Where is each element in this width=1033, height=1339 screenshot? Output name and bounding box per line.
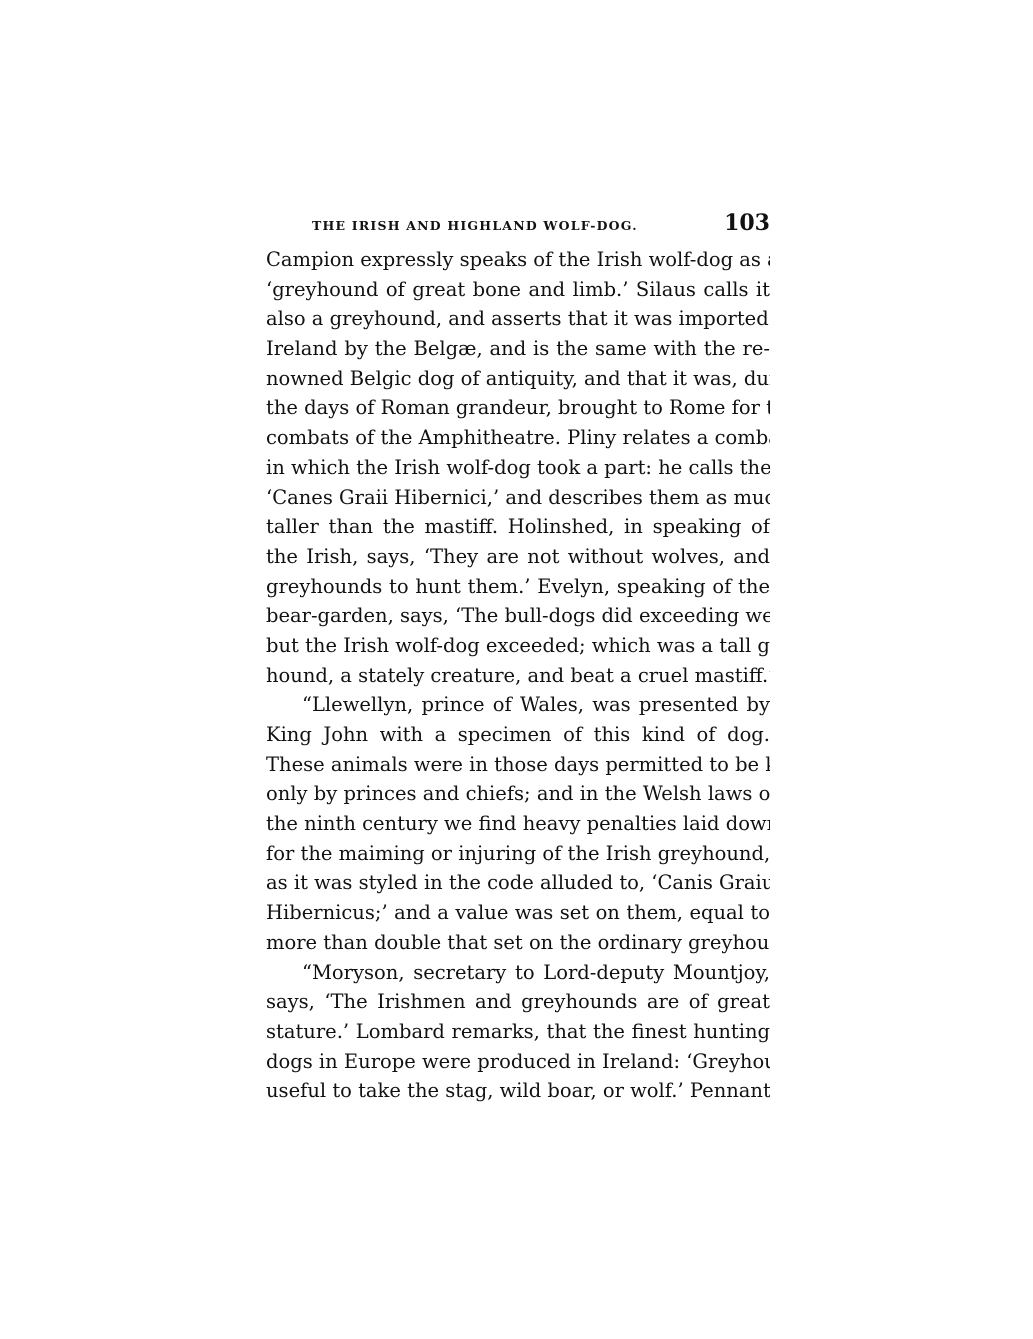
text-line: taller than the mastiff. Holinshed, in s… xyxy=(266,512,770,542)
text-line: but the Irish wolf-dog exceeded; which w… xyxy=(266,631,770,661)
book-page: THE IRISH AND HIGHLAND WOLF-DOG. 103 Cam… xyxy=(266,0,770,1339)
text-line: in which the Irish wolf-dog took a part:… xyxy=(266,453,770,483)
text-line: useful to take the stag, wild boar, or w… xyxy=(266,1076,770,1106)
paragraph-start-line: “Moryson, secretary to Lord-deputy Mount… xyxy=(266,958,770,988)
text-line: Ireland by the Belgæ, and is the same wi… xyxy=(266,334,770,364)
text-line: combats of the Amphitheatre. Pliny relat… xyxy=(266,423,770,453)
text-line: the Irish, says, ‘They are not without w… xyxy=(266,542,770,572)
text-line: dogs in Europe were produced in Ireland:… xyxy=(266,1047,770,1077)
text-line: as it was styled in the code alluded to,… xyxy=(266,868,770,898)
text-line: stature.’ Lombard remarks, that the fine… xyxy=(266,1017,770,1047)
text-line: the days of Roman grandeur, brought to R… xyxy=(266,393,770,423)
text-line: Campion expressly speaks of the Irish wo… xyxy=(266,245,770,275)
text-line: ‘Canes Graii Hibernici,’ and describes t… xyxy=(266,483,770,513)
text-line: nowned Belgic dog of antiquity, and that… xyxy=(266,364,770,394)
text-line: ‘greyhound of great bone and limb.’ Sila… xyxy=(266,275,770,305)
running-title: THE IRISH AND HIGHLAND WOLF-DOG. xyxy=(312,218,638,233)
text-line: for the maiming or injuring of the Irish… xyxy=(266,839,770,869)
text-line: These animals were in those days permitt… xyxy=(266,750,770,780)
text-line: King John with a specimen of this kind o… xyxy=(266,720,770,750)
text-line: bear-garden, says, ‘The bull-dogs did ex… xyxy=(266,601,770,631)
text-line: Hibernicus;’ and a value was set on them… xyxy=(266,898,770,928)
running-head: THE IRISH AND HIGHLAND WOLF-DOG. 103 xyxy=(312,210,770,236)
paragraph-end-line: hound, a stately creature, and beat a cr… xyxy=(266,661,770,691)
body-text: Campion expressly speaks of the Irish wo… xyxy=(266,245,770,1106)
paragraph-start-line: “Llewellyn, prince of Wales, was present… xyxy=(266,690,770,720)
text-line: greyhounds to hunt them.’ Evelyn, speaki… xyxy=(266,572,770,602)
text-line: the ninth century we find heavy penaltie… xyxy=(266,809,770,839)
text-line: only by princes and chiefs; and in the W… xyxy=(266,779,770,809)
text-line: also a greyhound, and asserts that it wa… xyxy=(266,304,770,334)
paragraph-end-line: more than double that set on the ordinar… xyxy=(266,928,770,958)
page-number: 103 xyxy=(724,210,770,236)
text-line: says, ‘The Irishmen and greyhounds are o… xyxy=(266,987,770,1017)
